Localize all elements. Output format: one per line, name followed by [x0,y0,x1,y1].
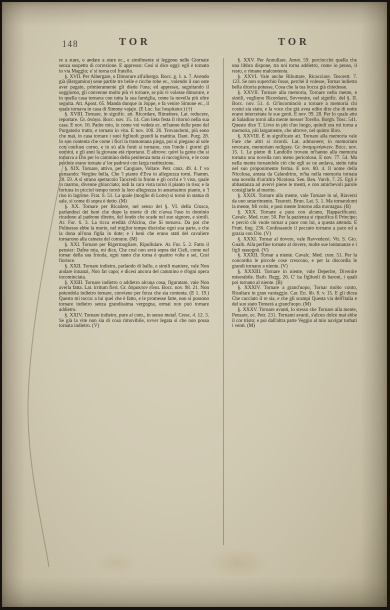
paragraph: §. XXXI. Tornar al dovere, vale Ravveder… [232,237,357,253]
paper-stain [207,548,269,578]
paragraph: §. XXII. Tornare indietro, parlando di b… [59,264,209,280]
paragraph: §. XXIII. Tornare indietro o addietro al… [59,280,209,313]
column-divider-rule [223,58,224,545]
paragraph: §. XXIV. Tornare indietro, pure al com.,… [59,313,209,329]
running-head-right: TOR [278,37,310,48]
paragraph: §. XXVI. Vale anche Ributtare, Ricacciar… [232,74,357,90]
paragraph: §. XXXIII. Tornare in niente, vale Deper… [232,269,357,285]
paragraph: §. XXXIV. Tornare a grand'uopo, Tornar m… [232,286,357,308]
scanned-page: 148 TOR TOR re a stare, o andare a stare… [2,2,387,607]
paragraph: §. XXXV. Tornare avanti, lo stesso che T… [232,307,357,329]
paragraph: §. XIX. Tornare, attivo, per Cangiare, V… [59,166,209,204]
paragraph: §. XXV. Per Annullare. Amet. 59. percioc… [232,58,357,74]
paragraph: §. XVIII. Tornare, in signific. att. Ric… [59,112,209,166]
paper-stain [94,552,138,574]
text-column-right-content: §. XXV. Per Annullare. Amet. 59. percioc… [232,58,357,329]
paragraph: §. XXVII. Tornare alla memoria, Tornare … [232,91,357,134]
text-column-left-content: re a stare, o andare a stare ec., e simi… [59,58,209,329]
folio-page-number: 148 [62,39,79,49]
paragraph: §. XXVIII. È in significato att. Tornare… [232,134,357,194]
paragraph: §. XXX. Tornare a pace con alcuno, Rappa… [232,210,357,237]
paragraph: §. XXIX. Tornare alla mente, vale Tornar… [232,194,357,210]
paragraph: re a stare, o andare a stare ec., e simi… [59,58,209,74]
paragraph: §. XXI. Tornare per Rigermogliare, Ripul… [59,242,209,264]
paragraph: §. XXXII. Tornar a niente. Cavalc. Med. … [232,253,357,269]
paragraph: §. XX. Tornare per Ricadere, nel senso d… [59,204,209,242]
text-column-left: re a stare, o andare a stare ec., e simi… [59,58,209,537]
paragraph: §. XVII. Per Albergare, o Dimorare all'a… [59,74,209,112]
running-head-left: TOR [119,37,151,48]
text-column-right: §. XXV. Per Annullare. Amet. 59. percioc… [232,58,357,549]
